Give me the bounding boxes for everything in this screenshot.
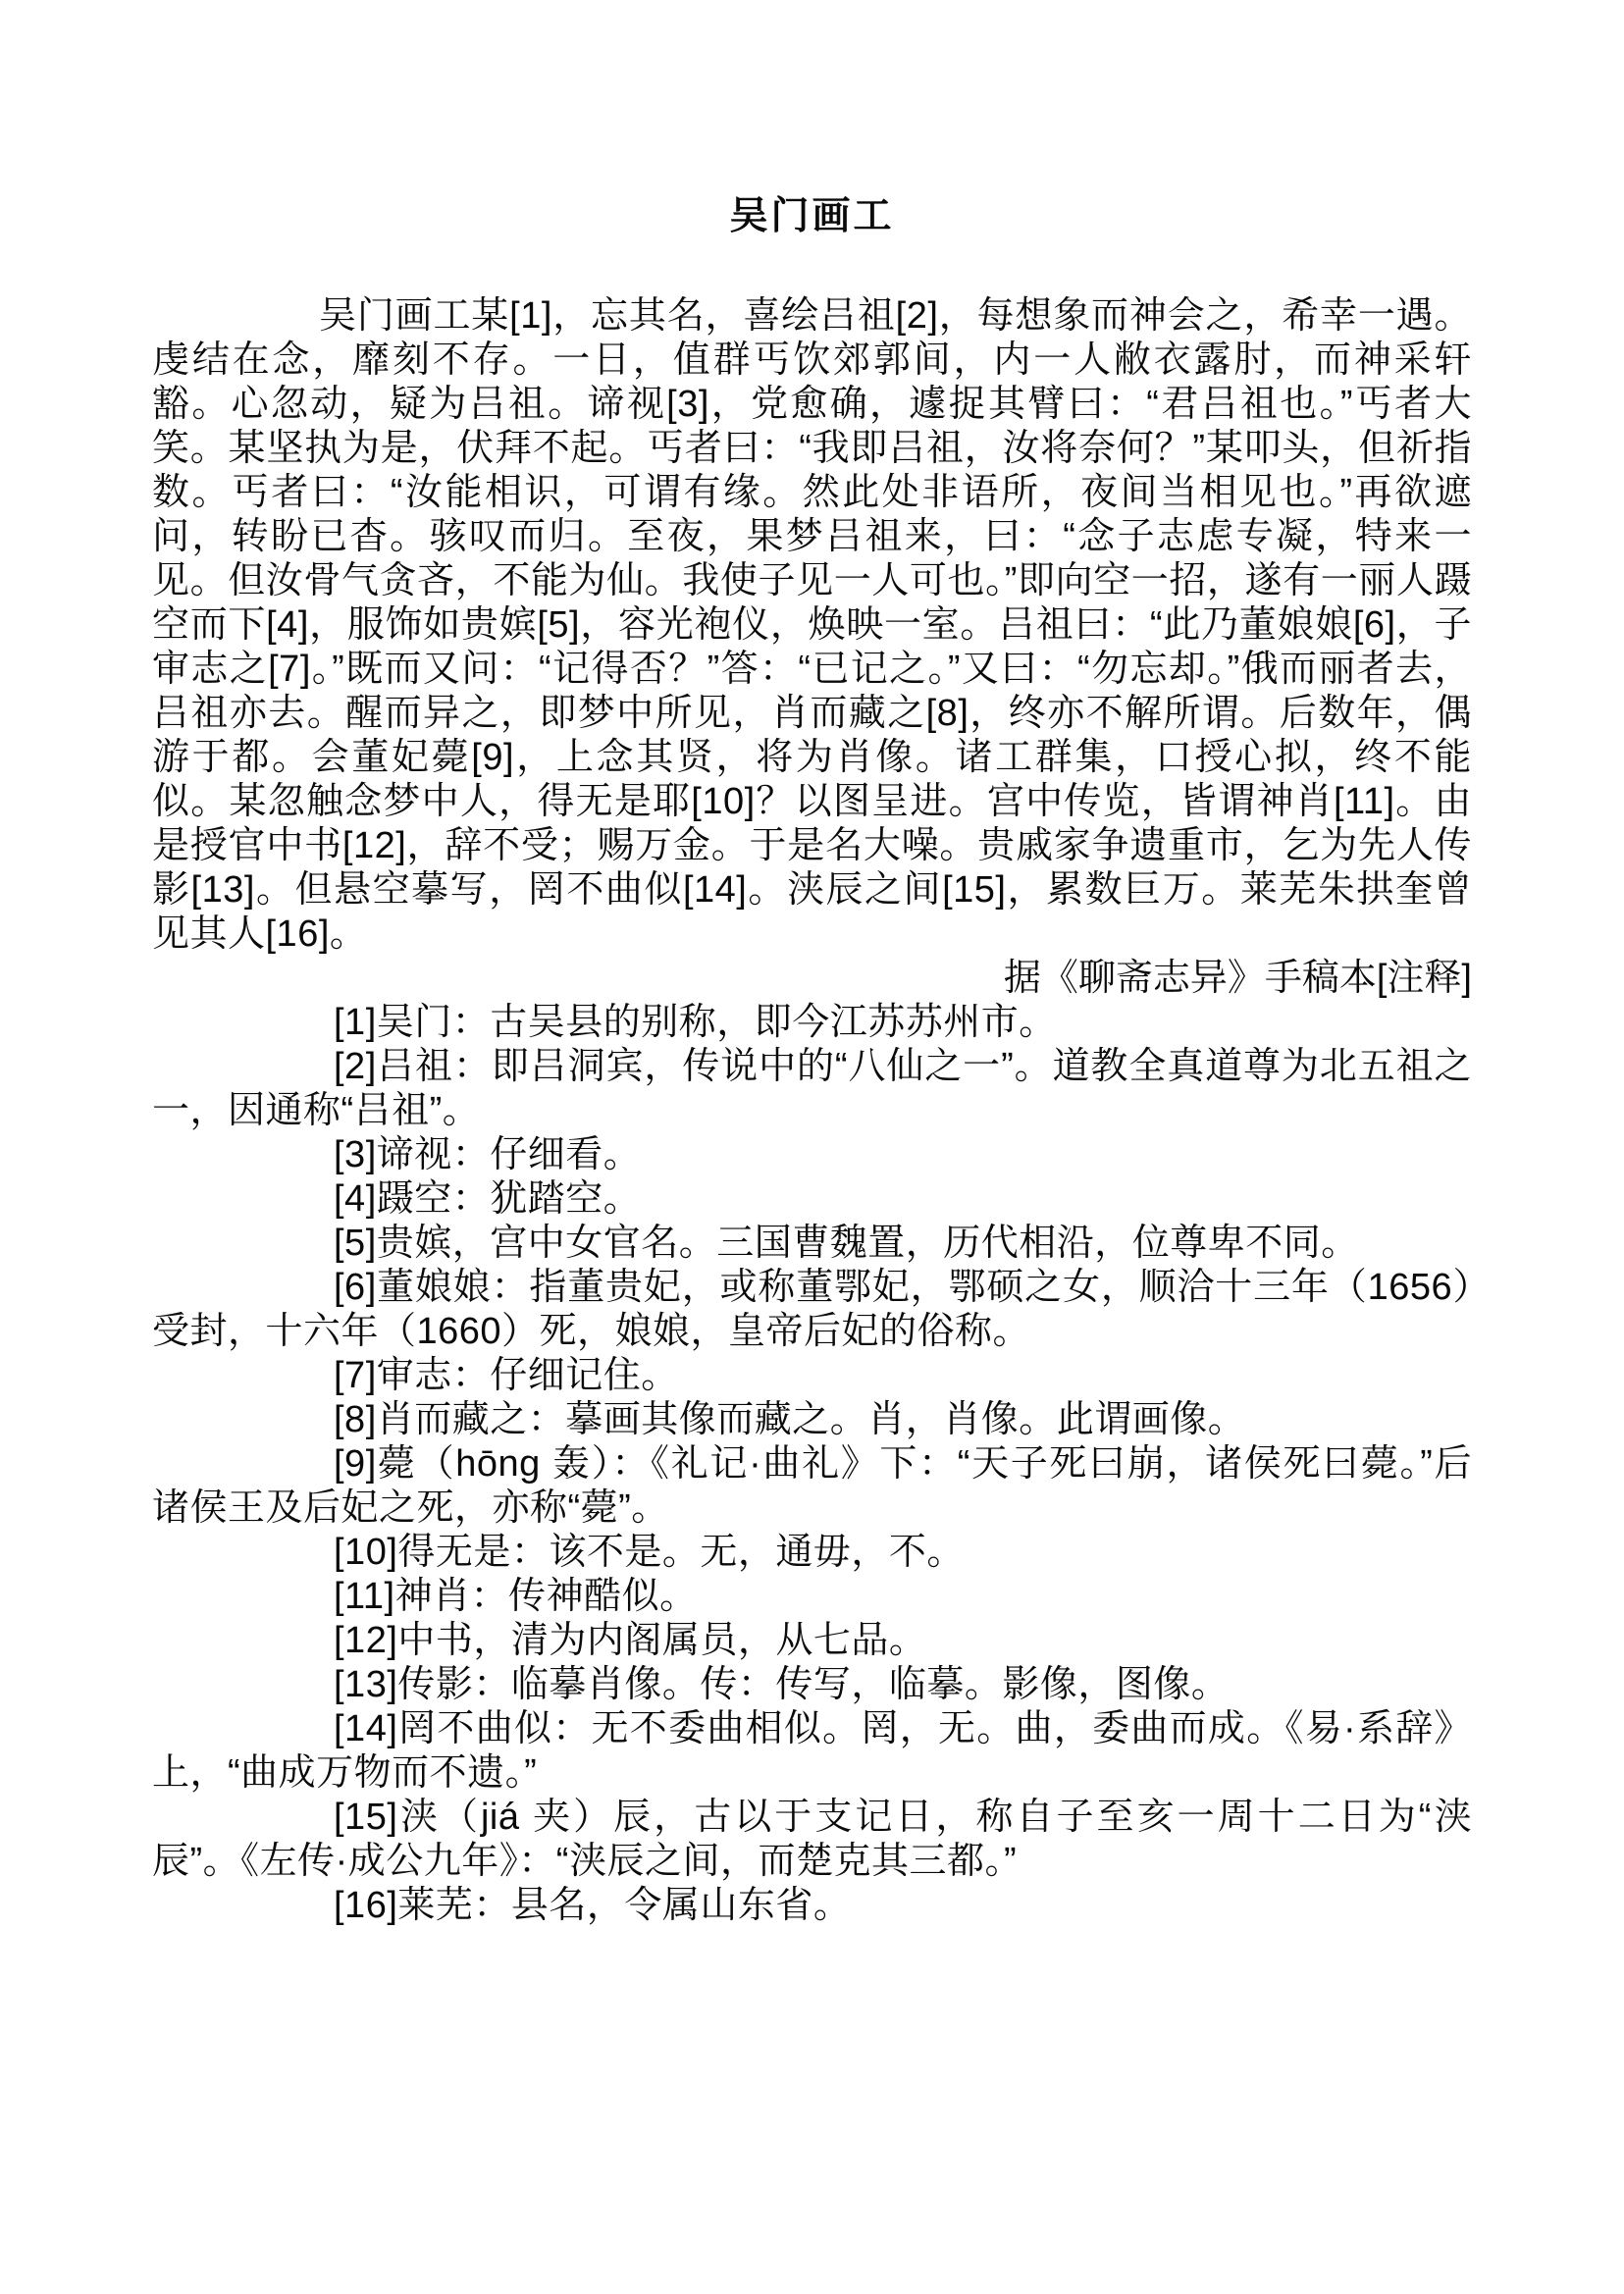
- story-paragraph: 吴门画工某[1]，忘其名，喜绘吕祖[2]，每想象而神会之，希幸一遇。虔结在念，靡…: [152, 294, 1472, 957]
- footnote-15: [15]浃（jiá 夹）辰，古以于支记日，称自子至亥一周十二日为“浃辰”。《左传…: [152, 1796, 1472, 1884]
- footnote-8: [8]肖而藏之：摹画其像而藏之。肖，肖像。此谓画像。: [152, 1398, 1472, 1442]
- footnote-9: [9]薨（hōng 轰）：《礼记·曲礼》下：“天子死曰崩，诸侯死曰薨。”后诸侯王…: [152, 1442, 1472, 1531]
- footnote-16: [16]莱芜：县名，令属山东省。: [152, 1884, 1472, 1928]
- footnote-2: [2]吕祖：即吕洞宾，传说中的“八仙之一”。道教全真道尊为北五祖之一，因通称“吕…: [152, 1045, 1472, 1133]
- footnote-10: [10]得无是：该不是。无，通毋，不。: [152, 1531, 1472, 1575]
- footnote-11: [11]神肖：传神酷似。: [152, 1575, 1472, 1619]
- footnote-13: [13]传影：临摹肖像。传：传写，临摹。影像，图像。: [152, 1663, 1472, 1707]
- footnote-7: [7]审志：仔细记住。: [152, 1354, 1472, 1398]
- document-page: 吴门画工 吴门画工某[1]，忘其名，喜绘吕祖[2]，每想象而神会之，希幸一遇。虔…: [0, 0, 1624, 2294]
- footnote-6: [6]董娘娘：指董贵妃，或称董鄂妃，鄂硕之女，顺洽十三年（1656）受封，十六年…: [152, 1266, 1472, 1354]
- footnote-3: [3]谛视：仔细看。: [152, 1133, 1472, 1177]
- source-attribution: 据《聊斋志异》手稿本[注释]: [152, 957, 1472, 1001]
- footnote-4: [4]蹑空：犹踏空。: [152, 1177, 1472, 1222]
- footnote-14: [14]罔不曲似：无不委曲相似。罔，无。曲，委曲而成。《易·系辞》上，“曲成万物…: [152, 1707, 1472, 1796]
- footnotes-section: [1]吴门：古吴县的别称，即今江苏苏州市。 [2]吕祖：即吕洞宾，传说中的“八仙…: [152, 1001, 1472, 1928]
- footnote-5: [5]贵嫔，宫中女官名。三国曹魏置，历代相沿，位尊卑不同。: [152, 1222, 1472, 1266]
- page-title: 吴门画工: [152, 194, 1472, 238]
- footnote-1: [1]吴门：古吴县的别称，即今江苏苏州市。: [152, 1001, 1472, 1045]
- footnote-12: [12]中书，清为内阁属员，从七品。: [152, 1619, 1472, 1663]
